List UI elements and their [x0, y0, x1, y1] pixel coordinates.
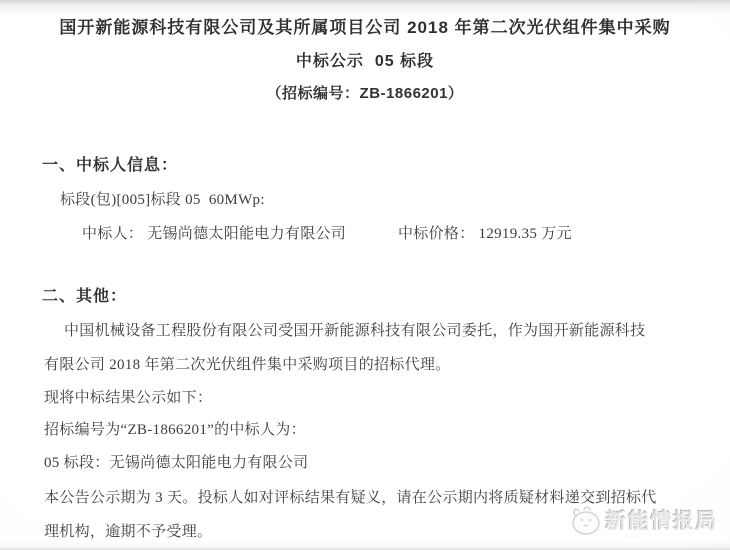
winner-row-right: 中标价格：12919.35 万元: [398, 223, 572, 245]
document-title-line2: 中标公示 05 标段: [0, 51, 730, 73]
document-page: 国开新能源科技有限公司及其所属项目公司 2018 年第二次光伏组件集中采购 中标…: [0, 0, 730, 550]
lot-line: 标段(包)[005]标段 05 60MWp:: [60, 189, 265, 211]
winner-label: 中标人：: [82, 226, 143, 242]
tender-code: （招标编号：ZB-1866201）: [0, 83, 730, 105]
lot-winner-line: 05 标段：无锡尚德太阳能电力有限公司: [44, 452, 308, 474]
watermark-label: 新能情报局: [606, 505, 719, 535]
winner-name: 无锡尚德太阳能电力有限公司: [147, 226, 346, 242]
document-title-line1: 国开新能源科技有限公司及其所属项目公司 2018 年第二次光伏组件集中采购: [0, 17, 730, 39]
price-label: 中标价格：: [398, 226, 475, 242]
winner-row-left: 中标人：无锡尚德太阳能电力有限公司: [82, 223, 346, 245]
announce-line: 现将中标结果公示如下：: [44, 387, 212, 409]
section1-heading: 一、中标人信息：: [42, 155, 178, 177]
agency-paragraph-line2: 有限公司 2018 年第二次光伏组件集中采购项目的招标代理。: [44, 354, 451, 376]
price-value: 12919.35 万元: [479, 226, 572, 242]
watermark-mascot-icon: [564, 503, 602, 537]
tender-number-line: 招标编号为“ZB-1866201”的中标人为：: [44, 419, 306, 441]
agency-paragraph-line1: 中国机械设备工程股份有限公司受国开新能源科技有限公司委托，作为国开新能源科技: [64, 320, 645, 342]
watermark: 新能情报局: [564, 503, 719, 537]
section2-heading: 二、其他：: [42, 286, 127, 308]
notice-line2: 理机构，逾期不予受理。: [44, 521, 212, 543]
